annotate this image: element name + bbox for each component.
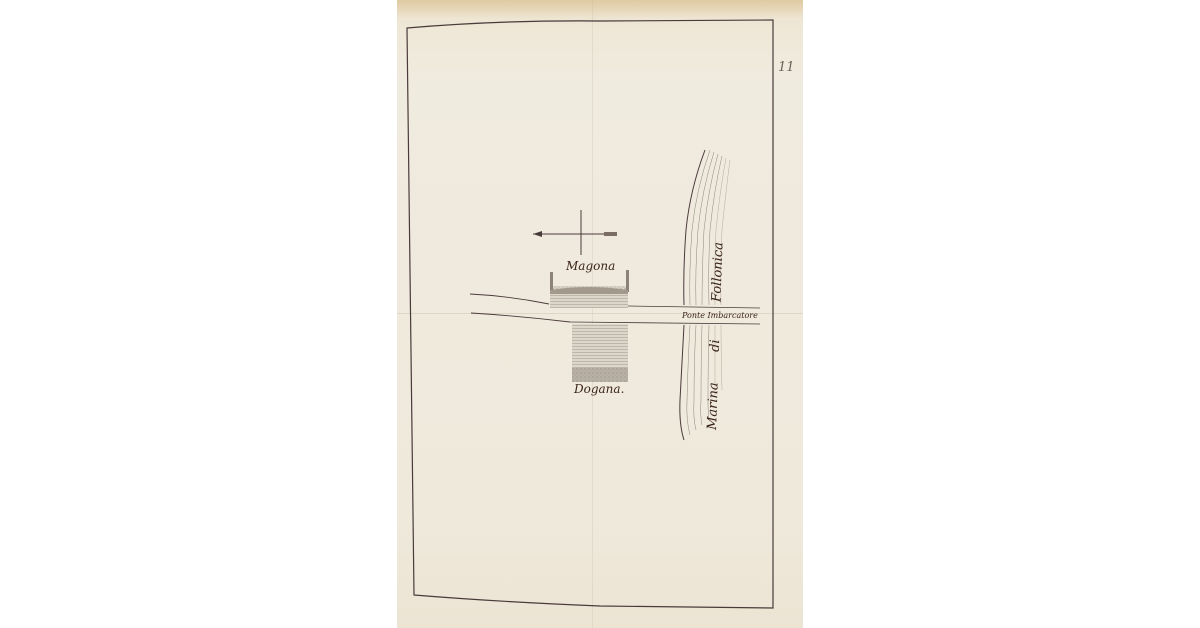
magona-building: Magona <box>550 259 629 308</box>
pier: Ponte Imbarcatore <box>570 306 760 324</box>
coast-label-di: di <box>708 339 723 352</box>
map-drawing: Magona Ponte Imbarcatore Dogana. Marina … <box>0 0 1200 628</box>
coast-label: Marina di Follonica <box>705 242 727 431</box>
dogana-label: Dogana. <box>573 382 624 396</box>
dogana-building: Dogana. <box>572 324 628 396</box>
magona-label: Magona <box>565 259 615 273</box>
coast-label-follonica: Follonica <box>709 242 726 303</box>
pier-label: Ponte Imbarcatore <box>681 311 758 320</box>
compass-arrow-icon <box>533 210 617 255</box>
coast-label-marina: Marina <box>705 382 722 431</box>
